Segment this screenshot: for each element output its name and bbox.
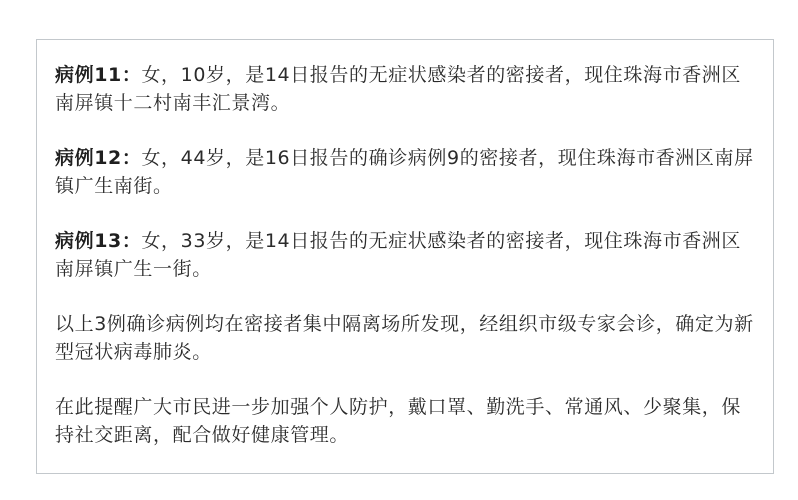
case-11-paragraph: 病例11：女，10岁，是14日报告的无症状感染者的密接者，现住珠海市香洲区南屏镇… bbox=[55, 61, 755, 117]
case-13-text: 女，33岁，是14日报告的无症状感染者的密接者，现住珠海市香洲区南屏镇广生一街。 bbox=[55, 230, 741, 280]
case-13-paragraph: 病例13：女，33岁，是14日报告的无症状感染者的密接者，现住珠海市香洲区南屏镇… bbox=[55, 227, 755, 283]
case-13-label: 病例13 bbox=[55, 230, 122, 252]
reminder-paragraph: 在此提醒广大市民进一步加强个人防护，戴口罩、勤洗手、常通风、少聚集，保持社交距离… bbox=[55, 393, 755, 449]
case-11-text: 女，10岁，是14日报告的无症状感染者的密接者，现住珠海市香洲区南屏镇十二村南丰… bbox=[55, 64, 741, 114]
case-11-label: 病例11 bbox=[55, 64, 122, 86]
summary-paragraph: 以上3例确诊病例均在密接者集中隔离场所发现，经组织市级专家会诊，确定为新型冠状病… bbox=[55, 310, 755, 366]
case-12-text: 女，44岁，是16日报告的确诊病例9的密接者，现住珠海市香洲区南屏镇广生南街。 bbox=[55, 147, 754, 197]
case-11-separator: ： bbox=[122, 64, 142, 86]
case-12-separator: ： bbox=[122, 147, 142, 169]
case-13-separator: ： bbox=[122, 230, 142, 252]
case-12-paragraph: 病例12：女，44岁，是16日报告的确诊病例9的密接者，现住珠海市香洲区南屏镇广… bbox=[55, 144, 755, 200]
notice-box: 病例11：女，10岁，是14日报告的无症状感染者的密接者，现住珠海市香洲区南屏镇… bbox=[36, 39, 774, 474]
case-12-label: 病例12 bbox=[55, 147, 122, 169]
